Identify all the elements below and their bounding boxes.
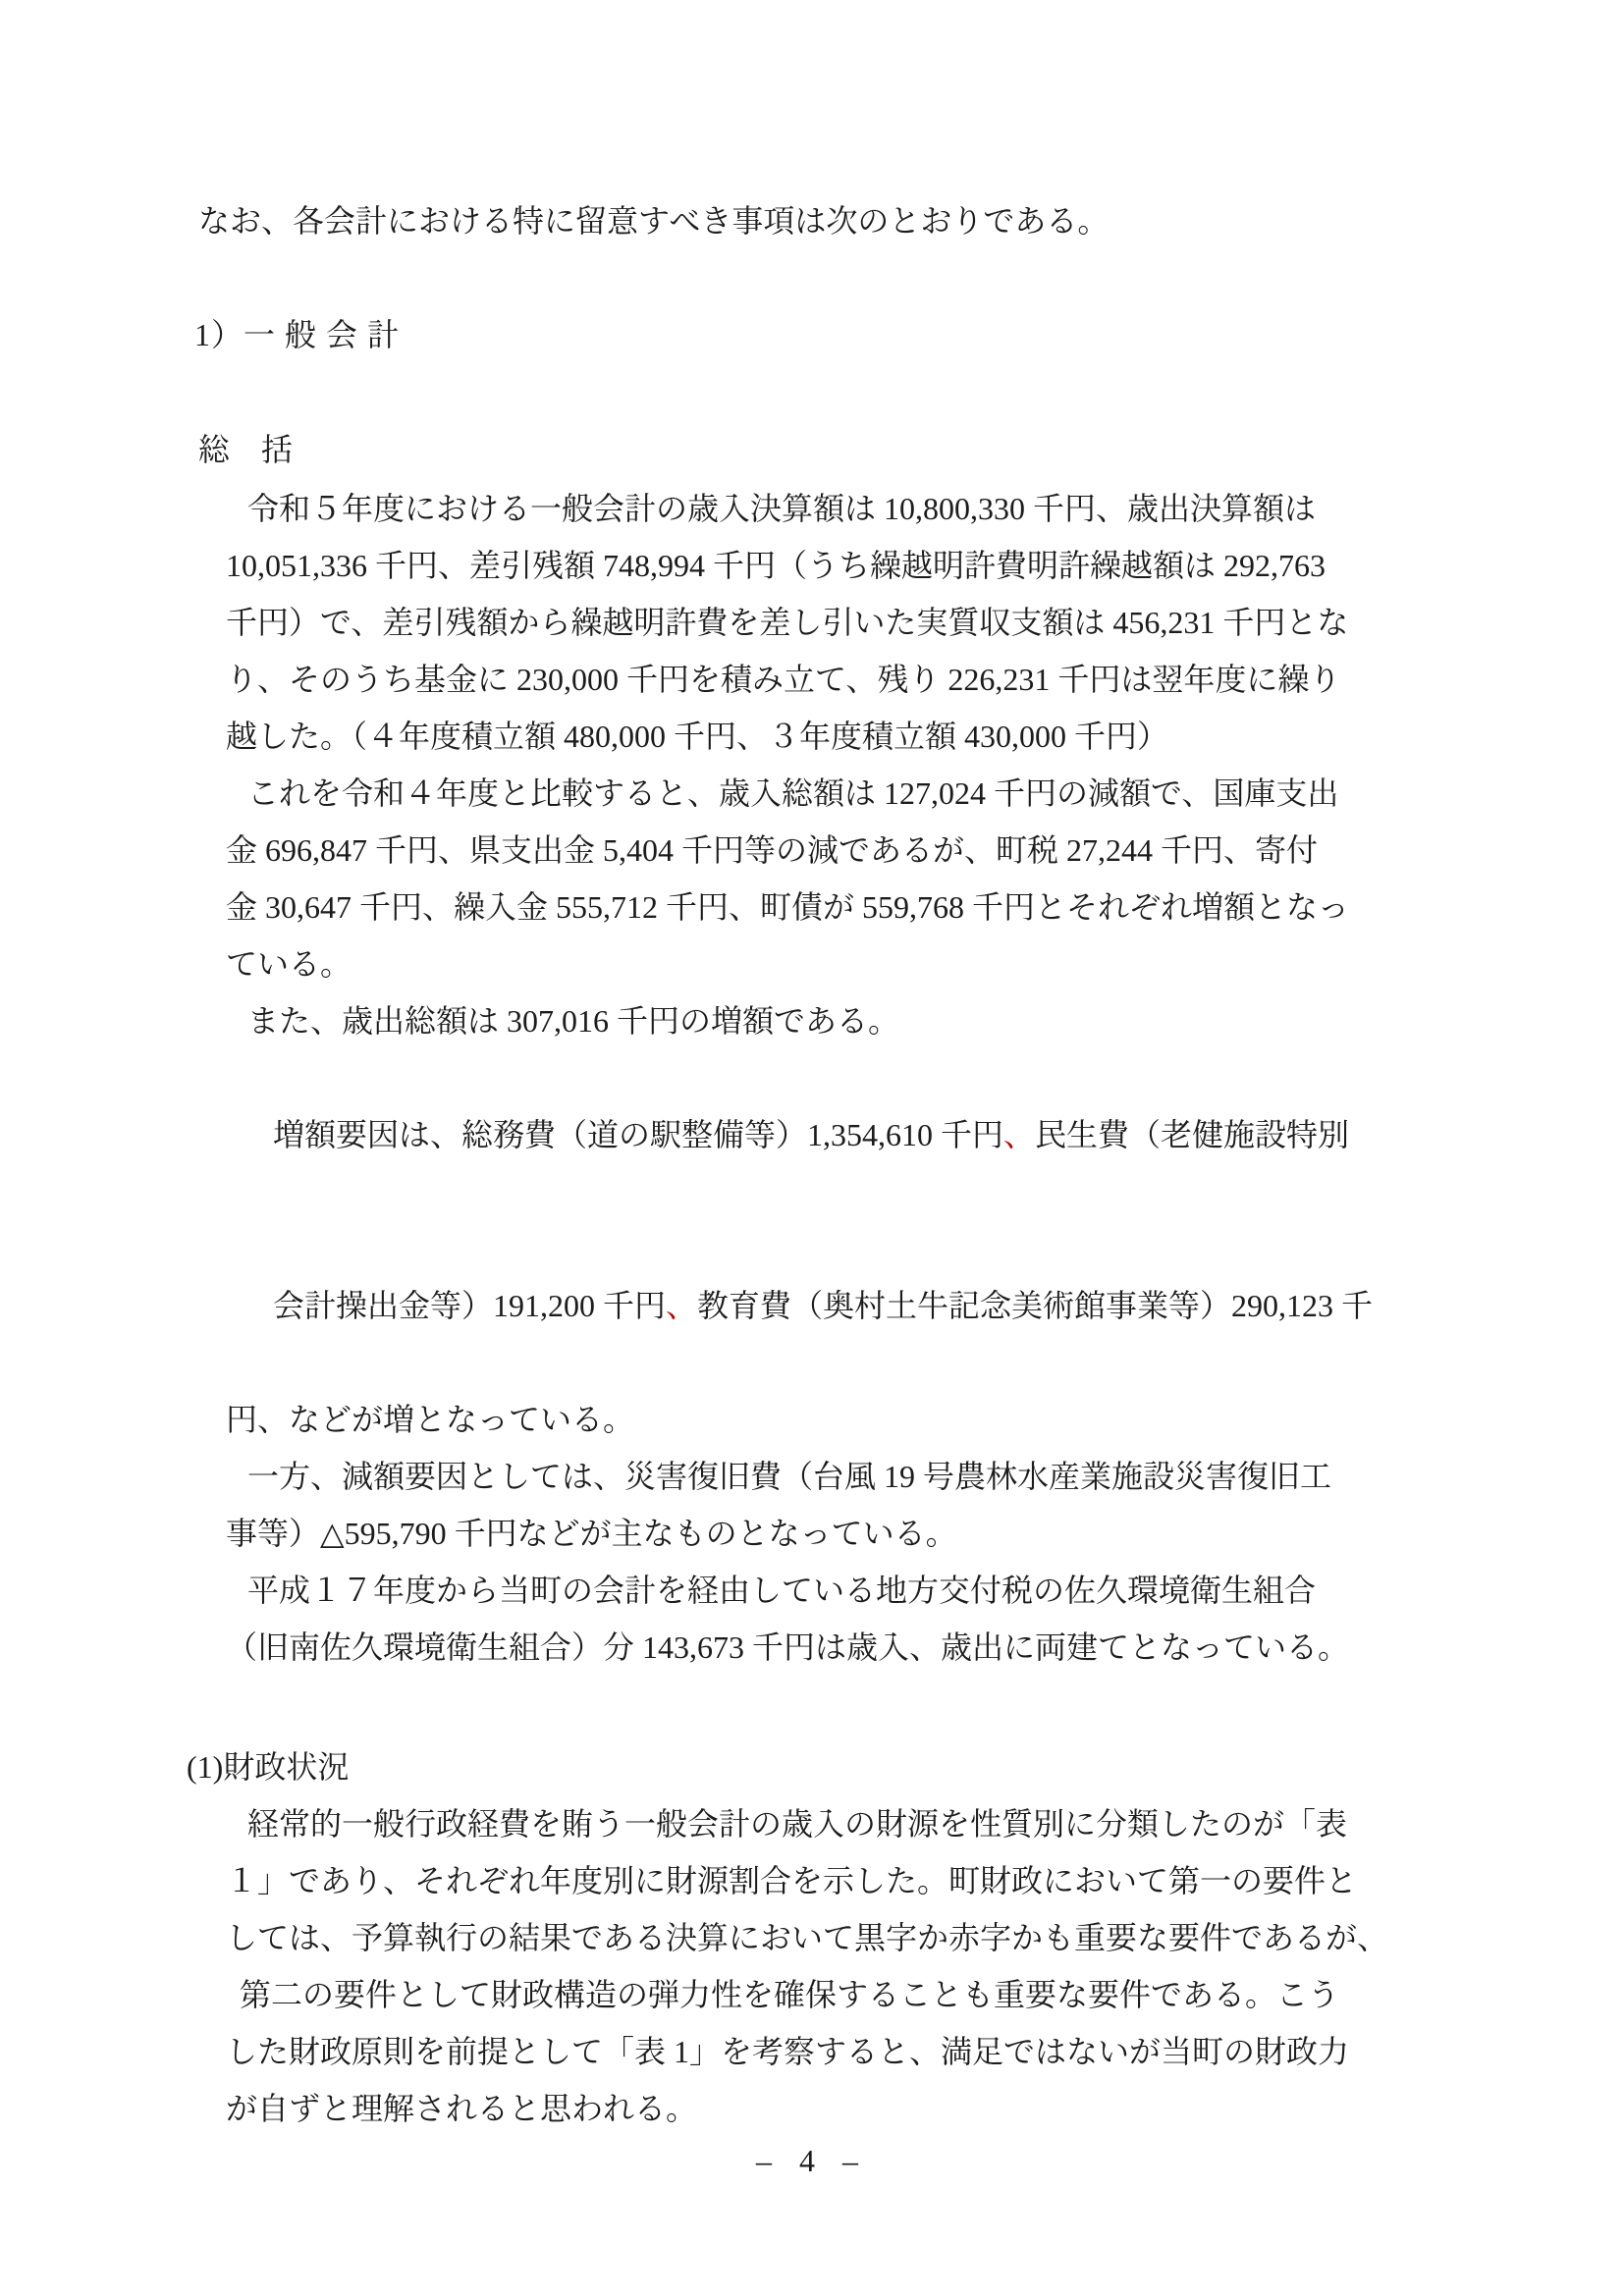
text-line: 一方、減額要因としては、災害復旧費（台風 19 号農林水産業施設災害復旧工 bbox=[226, 1448, 1428, 1505]
paragraph-sakukankyo-association: 平成１７年度から当町の会計を経由している地方交付税の佐久環境衛生組合 （旧南佐久… bbox=[226, 1562, 1428, 1676]
red-comma: 、 bbox=[666, 1288, 697, 1323]
paragraph-revenue-comparison: これを令和４年度と比較すると、歳入総額は 127,024 千円の減額で、国庫支出… bbox=[226, 765, 1428, 992]
text-line: り、そのうち基金に 230,000 千円を積み立て、残り 226,231 千円は… bbox=[226, 651, 1428, 708]
text-line: 千円）で、差引残額から繰越明許費を差し引いた実質収支額は 456,231 千円と… bbox=[226, 594, 1428, 651]
text-line: 会計操出金等）191,200 千円、教育費（奥村土牛記念美術館事業等）290,1… bbox=[226, 1220, 1428, 1391]
text-line: が自ずと理解されると思われる。 bbox=[226, 2080, 1428, 2137]
text-line: 10,051,336 千円、差引残額 748,994 千円（うち繰越明許費明許繰… bbox=[226, 537, 1428, 594]
subsection-heading-fiscal-status: (1)財政状況 bbox=[187, 1738, 1428, 1795]
text-line: 令和５年度における一般会計の歳入決算額は 10,800,330 千円、歳出決算額… bbox=[226, 480, 1428, 537]
text-line: これを令和４年度と比較すると、歳入総額は 127,024 千円の減額で、国庫支出 bbox=[226, 765, 1428, 822]
text-line: ている。 bbox=[226, 935, 1428, 992]
text-segment: 会計操出金等）191,200 千円 bbox=[273, 1288, 666, 1323]
intro-sentence: なお、各会計における特に留意すべき事項は次のとおりである。 bbox=[198, 192, 1428, 249]
text-line: 金 696,847 千円、県支出金 5,404 千円等の減であるが、町税 27,… bbox=[226, 822, 1428, 879]
text-segment: 教育費（奥村土牛記念美術館事業等）290,123 千 bbox=[697, 1288, 1373, 1323]
text-line: 事等）△595,790 千円などが主なものとなっている。 bbox=[226, 1505, 1428, 1562]
text-line: 第二の要件として財政構造の弾力性を確保することも重要な要件である。こう bbox=[226, 1966, 1428, 2023]
red-comma: 、 bbox=[1003, 1117, 1035, 1152]
text-segment: 増額要因は、総務費（道の駅整備等）1,354,610 千円 bbox=[273, 1117, 1003, 1152]
text-line: 増額要因は、総務費（道の駅整備等）1,354,610 千円、民生費（老健施設特別 bbox=[226, 1049, 1428, 1220]
text-line: また、歳出総額は 307,016 千円の増額である。 bbox=[226, 992, 1428, 1049]
text-line: 越した。（４年度積立額 480,000 千円、３年度積立額 430,000 千円… bbox=[226, 708, 1428, 765]
text-line: 金 30,647 千円、繰入金 555,712 千円、町債が 559,768 千… bbox=[226, 879, 1428, 935]
text-line: 経常的一般行政経費を賄う一般会計の歳入の財源を性質別に分類したのが「表 bbox=[226, 1795, 1428, 1852]
section-heading-general-account: 1）一 般 会 計 bbox=[194, 306, 1428, 363]
text-line: １」であり、それぞれ年度別に財源割合を示した。町財政において第一の要件と bbox=[226, 1852, 1428, 1909]
subsection-heading-summary: 総 括 bbox=[198, 421, 1428, 478]
paragraph-decrease-factors: 一方、減額要因としては、災害復旧費（台風 19 号農林水産業施設災害復旧工 事等… bbox=[226, 1448, 1428, 1562]
paragraph-fiscal-status: 経常的一般行政経費を賄う一般会計の歳入の財源を性質別に分類したのが「表 １」であ… bbox=[226, 1795, 1428, 2137]
paragraph-expenditure-total: また、歳出総額は 307,016 千円の増額である。 bbox=[226, 992, 1428, 1049]
paragraph-settlement-overview: 令和５年度における一般会計の歳入決算額は 10,800,330 千円、歳出決算額… bbox=[226, 480, 1428, 765]
text-line: 平成１７年度から当町の会計を経由している地方交付税の佐久環境衛生組合 bbox=[226, 1562, 1428, 1619]
text-line: （旧南佐久環境衛生組合）分 143,673 千円は歳入、歳出に両建てとなっている… bbox=[226, 1619, 1428, 1676]
text-line: した財政原則を前提として「表 1」を考察すると、満足ではないが当町の財政力 bbox=[226, 2023, 1428, 2080]
page-number: – 4 – bbox=[0, 2132, 1624, 2189]
document-page: なお、各会計における特に留意すべき事項は次のとおりである。 1）一 般 会 計 … bbox=[0, 0, 1624, 2296]
text-line: 円、などが増となっている。 bbox=[226, 1391, 1428, 1448]
text-segment: 民生費（老健施設特別 bbox=[1035, 1117, 1349, 1152]
paragraph-increase-factors: 増額要因は、総務費（道の駅整備等）1,354,610 千円、民生費（老健施設特別… bbox=[226, 1049, 1428, 1448]
text-line: しては、予算執行の結果である決算において黒字か赤字かも重要な要件であるが、 bbox=[226, 1909, 1428, 1966]
